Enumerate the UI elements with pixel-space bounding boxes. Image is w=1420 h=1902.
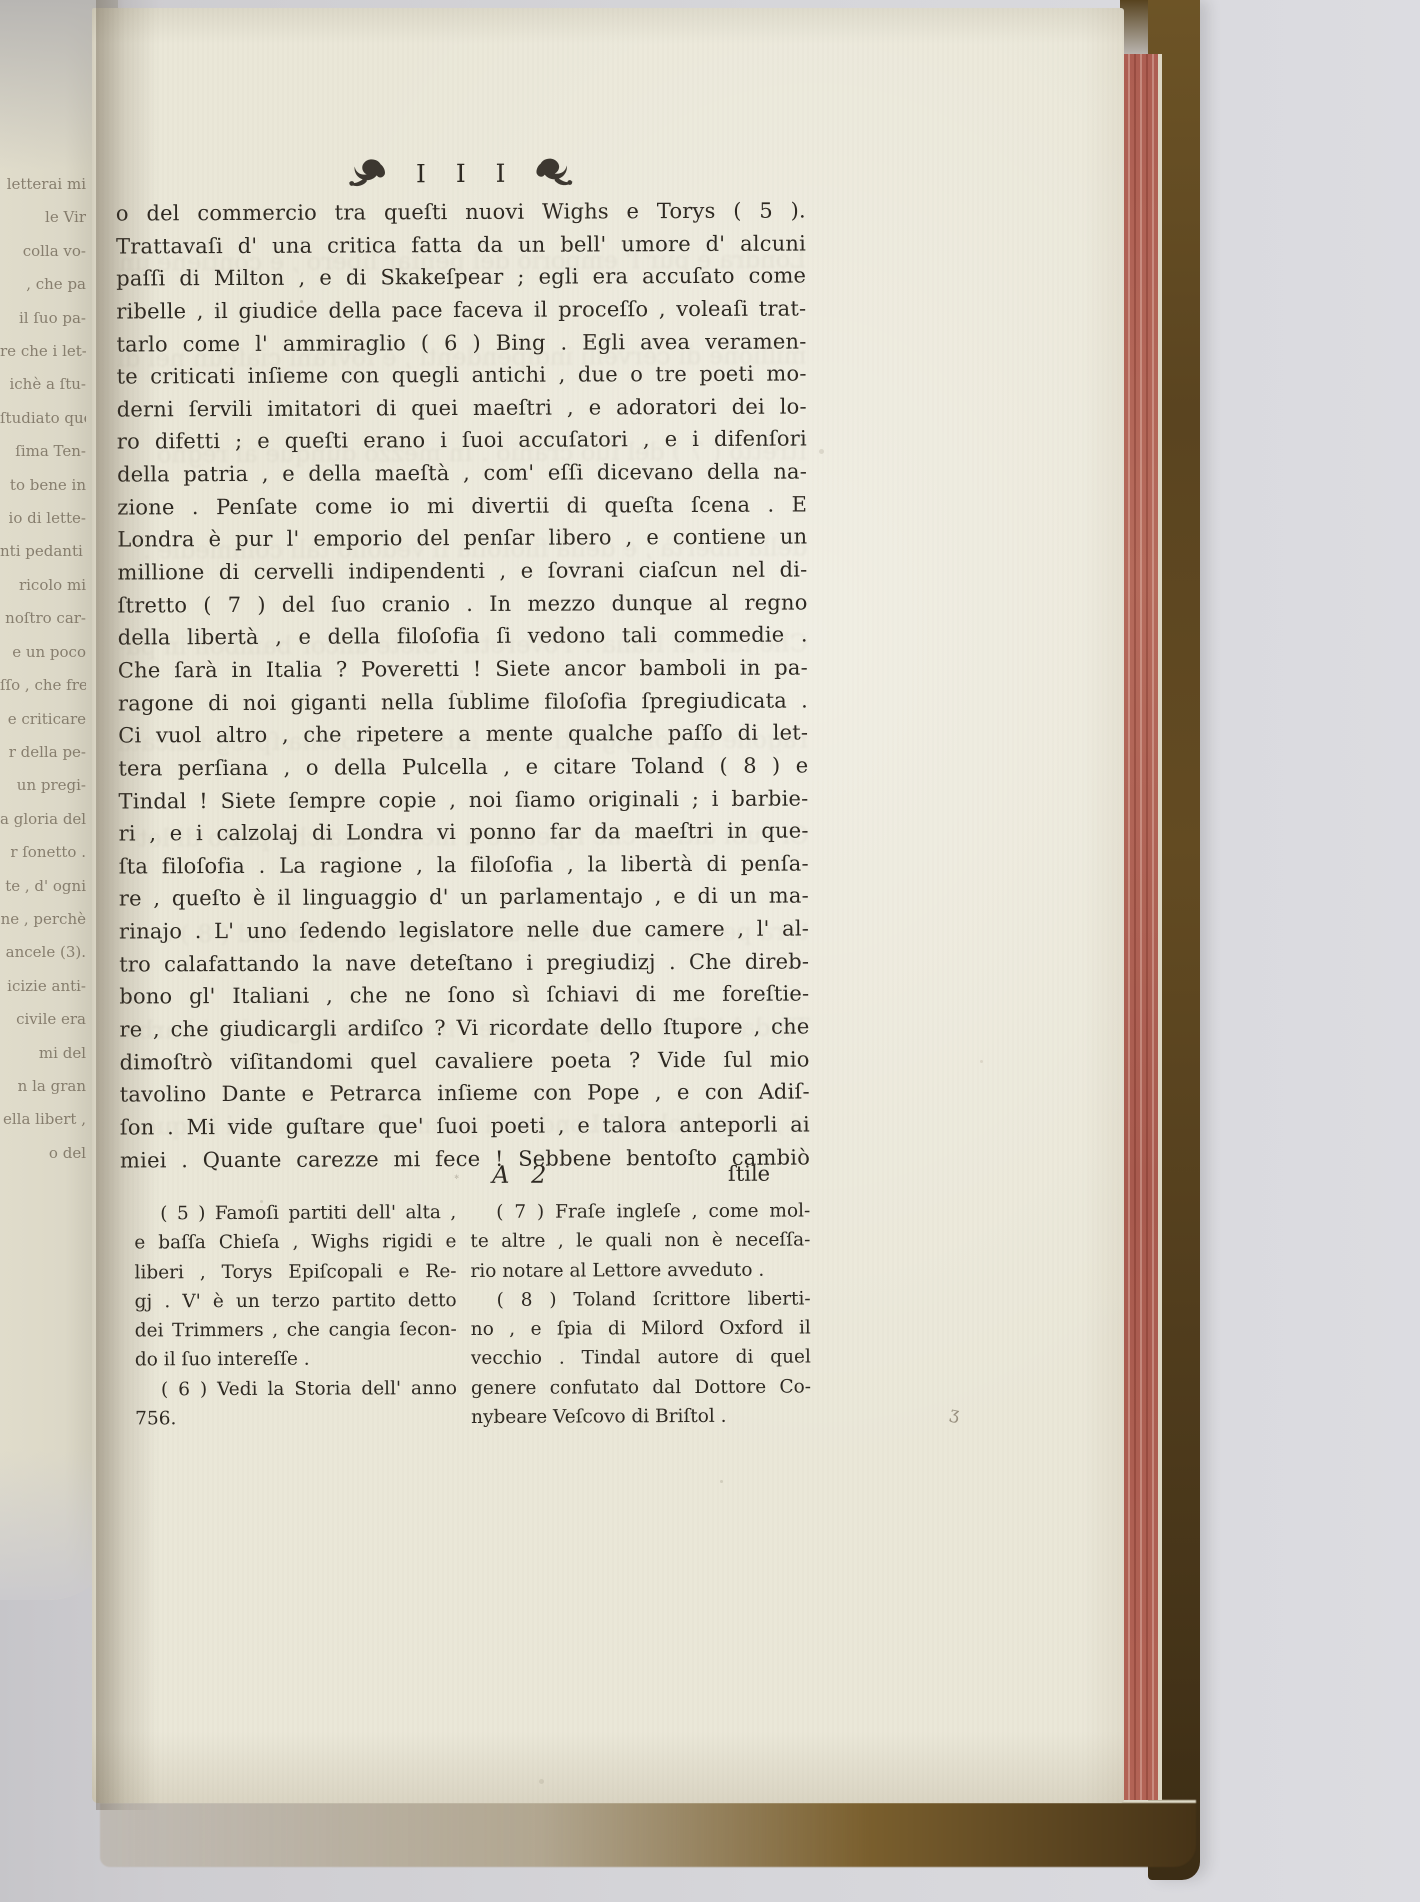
text-line: re , che giudicargli ardiſco ? Vi ricord…	[119, 1011, 809, 1047]
text-line: tera perſiana , o della Pulcella , e cit…	[118, 749, 808, 785]
bleedthrough-line: to bene in	[0, 469, 86, 502]
footnotes-block: ( 5 ) Famoſi partiti dell' alta , e baſſ…	[134, 1196, 811, 1433]
text-line: ragone di noi giganti nella ſublime filo…	[118, 684, 808, 720]
footnote-line: nybeare Veſcovo di Briſtol .	[471, 1402, 811, 1433]
text-line: tarlo come l' ammiraglio ( 6 ) Bing . Eg…	[116, 325, 806, 361]
text-line: Che ſarà in Italia ? Poveretti ! Siete a…	[118, 651, 808, 687]
fleuron-left-icon	[347, 156, 387, 190]
gathering-signature: A 2	[492, 1161, 553, 1189]
footnote-line: te altre , le quali non è neceſſa-	[470, 1226, 810, 1257]
running-head: I I I	[116, 154, 806, 191]
bleedthrough-line: ancele (3).	[0, 936, 86, 969]
text-line: millione di cervelli indipendenti , e ſo…	[117, 554, 807, 590]
footnote-line: do il ſuo intereſſe .	[135, 1345, 457, 1376]
footnote-line: vecchio . Tindal autore di quel	[471, 1343, 811, 1374]
bleedthrough-line: io di lette-	[0, 502, 86, 535]
bleedthrough-line: civile era	[0, 1003, 86, 1036]
bleedthrough-line: , che pa	[0, 268, 86, 301]
bleedthrough-line: e un poco	[0, 636, 86, 669]
footnote-line: 756.	[135, 1403, 457, 1434]
bleedthrough-line: letterai mi	[0, 168, 86, 201]
text-line: ro difetti ; e queſti erano i ſuoi accuſ…	[117, 423, 807, 459]
bleedthrough-line: re che i let-	[0, 335, 86, 368]
text-line: zione . Penſate come io mi divertii di q…	[117, 488, 807, 524]
footnote-line: genere confutato dal Dottore Co-	[471, 1372, 811, 1403]
footnote-line: rio notare al Lettore avveduto .	[470, 1255, 810, 1286]
text-line: o del commercio tra queſti nuovi Wighs e…	[116, 194, 806, 230]
paper-specks	[300, 300, 303, 303]
text-line: tavolino Dante e Petrarca inſieme con Po…	[120, 1076, 810, 1112]
text-line: Trattavaſi d' una critica fatta da un be…	[116, 227, 806, 263]
bleedthrough-line: noſtro car-	[0, 602, 86, 635]
text-line: tro calafattando la nave deteſtano i pre…	[119, 945, 809, 981]
text-line: te criticati inſieme con quegli antichi …	[117, 358, 807, 394]
footnote-column-left: ( 5 ) Famoſi partiti dell' alta , e baſſ…	[134, 1198, 457, 1434]
bleedthrough-line: n la gran	[0, 1070, 86, 1103]
bleedthrough-line: ella libert ,	[0, 1103, 86, 1136]
bleedthrough-line: colla vo-	[0, 235, 86, 268]
bleedthrough-line: ricolo mi	[0, 569, 86, 602]
text-line: Ci vuol altro , che ripetere a mente qua…	[118, 717, 808, 753]
bleedthrough-line: mi del	[0, 1037, 86, 1070]
bleedthrough-line: e criticare	[0, 703, 86, 736]
bleedthrough-line: ſſo , che fre-	[0, 669, 86, 702]
text-line: ri , e i calzolaj di Londra vi ponno far…	[119, 815, 809, 851]
footnote-line: ( 6 ) Vedi la Storia dell' anno	[135, 1374, 457, 1405]
book-page: I I I Londra è pur l' emporio del penſar…	[92, 8, 1124, 1803]
text-line: Londra è pur l' emporio del penſar liber…	[117, 521, 807, 557]
text-line: bono gl' Italiani , che ne ſono sì ſchia…	[119, 978, 809, 1014]
bleedthrough-line: le Vir	[0, 201, 86, 234]
book-bottom-edge	[100, 1800, 1196, 1867]
bleedthrough-line: ichè a ſtu-	[0, 368, 86, 401]
page-number: I I I	[405, 158, 517, 187]
text-line: rinajo . L' uno ſedendo legislatore nell…	[119, 913, 809, 949]
ink-smudge-mark: ﹡	[450, 1167, 463, 1186]
bleedthrough-column: letterai mi le Vir colla vo- , che pa il…	[0, 168, 100, 1170]
footnote-column-right: ( 7 ) Fraſe ingleſe , come mol- te altre…	[470, 1196, 811, 1432]
bleedthrough-line: ne , perchè	[0, 903, 86, 936]
fleuron-right-icon	[534, 156, 574, 190]
footnote-line: dei Trimmers , che cangia ſecon-	[135, 1315, 457, 1346]
footnote-line: no , e ſpia di Milord Oxford il	[471, 1314, 811, 1345]
text-line: ſtretto ( 7 ) del ſuo cranio . In mezzo …	[118, 586, 808, 622]
bleedthrough-line: icizie anti-	[0, 970, 86, 1003]
text-line: Tindal ! Siete ſempre copie , noi ſiamo …	[118, 782, 808, 818]
text-line: ſta filoſofia . La ragione , la filoſofi…	[119, 847, 809, 883]
bleedthrough-line: ſima Ten-	[0, 435, 86, 468]
footnote-line: ( 8 ) Toland ſcrittore liberti-	[471, 1284, 811, 1315]
footnote-line: ( 5 ) Famoſi partiti dell' alta ,	[134, 1198, 456, 1229]
signature-row: ﹡ A 2 ſtile	[120, 1159, 810, 1194]
bleedthrough-line: r ſonetto .	[0, 836, 86, 869]
bleedthrough-line: o del	[0, 1137, 86, 1170]
bleedthrough-line: un pregi-	[0, 769, 86, 802]
text-line: re , queſto è il linguaggio d' un parlam…	[119, 880, 809, 916]
page-content: I I I Londra è pur l' emporio del penſar…	[115, 6, 805, 9]
bleedthrough-line: te , d' ogni	[0, 870, 86, 903]
bleedthrough-line: a gloria del	[0, 803, 86, 836]
bleedthrough-line: il ſuo pa-	[0, 302, 86, 335]
text-line: dimoſtrò viſitandomi quel cavaliere poet…	[120, 1043, 810, 1079]
text-line: della libertà , e della filoſofia ſi ved…	[118, 619, 808, 655]
footnote-line: liberi , Torys Epiſcopali e Re-	[134, 1257, 456, 1288]
catchword: ſtile	[728, 1162, 770, 1186]
footnote-line: gj . V' è un terzo partito detto	[135, 1286, 457, 1317]
bleedthrough-line: r della pe-	[0, 736, 86, 769]
text-line: ribelle , il giudice della pace faceva i…	[116, 292, 806, 328]
main-text-block: o del commercio tra queſti nuovi Wighs e…	[116, 194, 810, 1176]
text-line: ſon . Mi vide guſtare que' ſuoi poeti , …	[120, 1108, 810, 1144]
footnote-line: ( 7 ) Fraſe ingleſe , come mol-	[470, 1196, 810, 1227]
bleedthrough-line: ſtudiato que-	[0, 402, 86, 435]
text-line: della patria , e della maeſtà , com' eſſ…	[117, 456, 807, 492]
text-line: paſſi di Milton , e di Skakeſpear ; egli…	[116, 260, 806, 296]
text-line: derni ſervili imitatori di quei maeſtri …	[117, 390, 807, 426]
footnote-line: e baſſa Chieſa , Wighs rigidi e	[134, 1227, 456, 1258]
bleedthrough-line: nti pedanti ,	[0, 535, 86, 568]
book-photo: letterai mi le Vir colla vo- , che pa il…	[0, 0, 1420, 1902]
